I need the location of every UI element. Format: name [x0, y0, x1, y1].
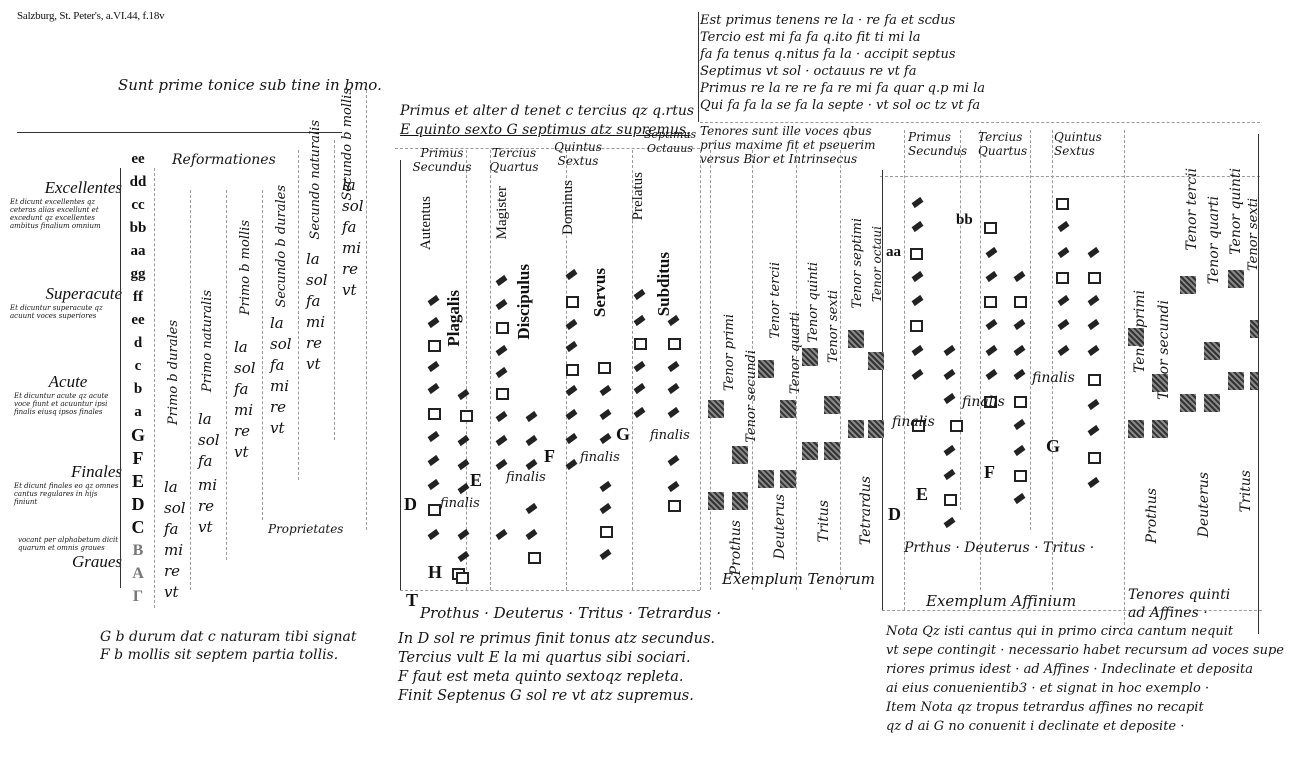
modes-bottom-label: Prothus · Deuterus · Tritus · Tetrardus … [420, 604, 721, 622]
rule [1030, 130, 1031, 530]
tenor-group-label: Prothus [728, 520, 744, 575]
rule [1124, 130, 1125, 630]
tenor-label: Tenor secundi [744, 350, 759, 443]
rule [298, 150, 299, 480]
rule [710, 150, 711, 590]
clef-g-icon: G [616, 424, 630, 445]
affines-group-label: Deuterus [1196, 472, 1212, 537]
reformationes-col-label: Primo b mollis [238, 220, 253, 315]
affines-letter: bb [956, 212, 973, 229]
reformationes-col-label: Secundo naturalis [308, 120, 323, 240]
clef-d-icon: D [888, 504, 901, 525]
reformationes-col-label: Primo naturalis [200, 290, 215, 392]
modes-header: Primus Secundus [412, 146, 472, 174]
rule [700, 122, 1260, 123]
modes-header: Tercius Quartus [484, 146, 544, 174]
affines-tenor-label: Tenor tercii [1184, 168, 1200, 251]
acute-gloss: Acute Et dicuntur acute qz acute voce fi… [14, 372, 122, 416]
reformationes-col-label: Primo b durales [166, 320, 181, 425]
mode-label-plagalis: Plagalis [444, 290, 464, 347]
rule [490, 150, 491, 590]
affines-finalis: finalis [1032, 370, 1075, 386]
tenor-group-label: Tritus [816, 500, 832, 542]
affines-letter: aa [886, 244, 901, 261]
mode-label-magister: Magister [494, 186, 511, 239]
modes-header: Septimus Octauus [644, 128, 696, 156]
mnemonic-verse: In D sol re primus finit tonus atz secun… [398, 630, 715, 706]
text-line: fa fa tenus q.nitus fa la · accipit sept… [700, 46, 985, 63]
mode-label-subditus: Subditus [654, 252, 674, 316]
exemplum-affinium-title: Exemplum Affinium [926, 592, 1076, 610]
gamut-column: ee dd cc bb aa gg ff ee d c b a G F E D … [124, 148, 152, 608]
note-line: Tenores sunt ille voces qbus [700, 124, 876, 138]
manuscript-caption: Salzburg, St. Peter's, a.VI.44, f.18v [17, 10, 164, 22]
rule [840, 150, 841, 590]
tenor-label: Tenor tercii [768, 262, 783, 339]
affines-tenor-label: Tenor quinti [1228, 168, 1244, 255]
top-right-text-block: Est primus tenens re la · re fa et scdus… [700, 12, 985, 114]
exemplum-tenorum-title: Exemplum Tenorum [722, 570, 875, 588]
tenor-label: Tenor septimi [850, 218, 865, 308]
bottom-left-text: G b durum dat c naturam tibi signat F b … [100, 628, 357, 664]
text-line: Qui fa fa la se fa la septe · vt sol oc … [700, 97, 985, 114]
rule [1052, 130, 1053, 590]
affines-tenor-label: Tenor quarti [1206, 196, 1222, 284]
reformationes-heading: Reformationes [172, 152, 276, 168]
graues-gloss: vocant per alphabetum dicit quarum et om… [18, 536, 122, 572]
clef-d-icon: D [404, 494, 417, 515]
tenor-label: Tenor quinti [806, 262, 821, 343]
affines-group-label: Prothus [1144, 488, 1160, 543]
tenor-label: Tenor quarti [788, 312, 803, 394]
rule [366, 90, 367, 530]
tenor-label: Tenor sexti [826, 290, 841, 363]
affines-header: Primus Secundus [908, 130, 960, 158]
reformationes-col-label: Secundo b durales [274, 185, 289, 308]
modes-header: Quintus Sextus [548, 140, 608, 168]
mode-label-dominus: Dominus [560, 180, 577, 235]
clef-f-icon: F [984, 462, 995, 483]
affines-header: Tercius Quartus [978, 130, 1028, 158]
rule [466, 150, 467, 590]
rule [190, 190, 191, 590]
clef-g-icon: G [1046, 436, 1060, 457]
tenor-group-label: Tetrardus [858, 476, 874, 545]
finalis-label-d: finalis [440, 496, 480, 511]
modes-left-rule [400, 160, 401, 590]
rule [226, 190, 227, 560]
text-line: Septimus vt sol · octauus re vt fa [700, 63, 985, 80]
finalis-label-e: finalis [506, 470, 546, 485]
rule [334, 140, 335, 440]
rule [262, 190, 263, 520]
mode-label-discipulus: Discipulus [514, 264, 534, 340]
nota-text-block: Nota Qz isti cantus qui in primo circa c… [886, 622, 1284, 736]
clef-t-icon: T [406, 590, 418, 611]
divider [698, 12, 699, 122]
tenor-label: Tenor octaui [870, 226, 884, 302]
note-line: prius maxime fit et pseuerim [700, 138, 876, 152]
rule [880, 176, 1260, 177]
text-line: Est primus tenens re la · re fa et scdus [700, 12, 985, 29]
superacute-gloss: Superacute Et dicuntur superacute qz acu… [10, 284, 122, 320]
clef-e-icon: E [470, 470, 482, 491]
gamut-right-rule [154, 168, 155, 608]
mode-label-servus: Servus [590, 268, 610, 317]
tenores-quinti-label: Tenores quinti ad Affines · [1128, 586, 1230, 622]
clef-gamma-icon: H [428, 562, 442, 583]
rule [980, 130, 981, 590]
finales-gloss: Finales Et dicunt finales eo qz omnes ca… [14, 462, 122, 506]
affines-header: Quintus Sextus [1054, 130, 1110, 158]
top-rule [17, 132, 342, 133]
heading-line: Primus et alter d tenet c tercius qz q.r… [400, 102, 694, 121]
clef-e-icon: E [916, 484, 928, 505]
proprietates-label: Proprietates [268, 522, 343, 536]
rule [700, 150, 701, 590]
text-line: Primus re la re re fa re mi fa quar q.p … [700, 80, 985, 97]
text-line: Tercio est mi fa fa q.ito fit ti mi la [700, 29, 985, 46]
affines-finalis: finalis [892, 414, 935, 430]
tenor-group-label: Deuterus [772, 494, 788, 559]
affines-group-label: Tritus [1238, 470, 1254, 512]
gamut-left-rule [120, 168, 121, 588]
finalis-label-g: finalis [650, 428, 690, 443]
affines-bottom-groups: Prthus · Deuterus · Tritus · [904, 540, 1094, 556]
tenores-note: Tenores sunt ille voces qbus prius maxim… [700, 124, 876, 166]
rule [960, 130, 961, 510]
rule [400, 590, 700, 591]
mode-label-autentus: Autentus [418, 196, 435, 250]
excellentes-gloss: Excellentes Et dicunt excellentes qz cet… [10, 178, 122, 230]
finalis-label-f: finalis [580, 450, 620, 465]
note-line: versus Bior et Intrinsecus [700, 152, 876, 166]
rule [904, 130, 905, 610]
tenor-label: Tenor primi [722, 314, 737, 391]
clef-f-icon: F [544, 446, 555, 467]
mode-label-prelatus: Prelatus [630, 172, 647, 220]
affines-tenor-label: Tenor sexti [1246, 198, 1261, 271]
affines-finalis: finalis [962, 394, 1005, 410]
